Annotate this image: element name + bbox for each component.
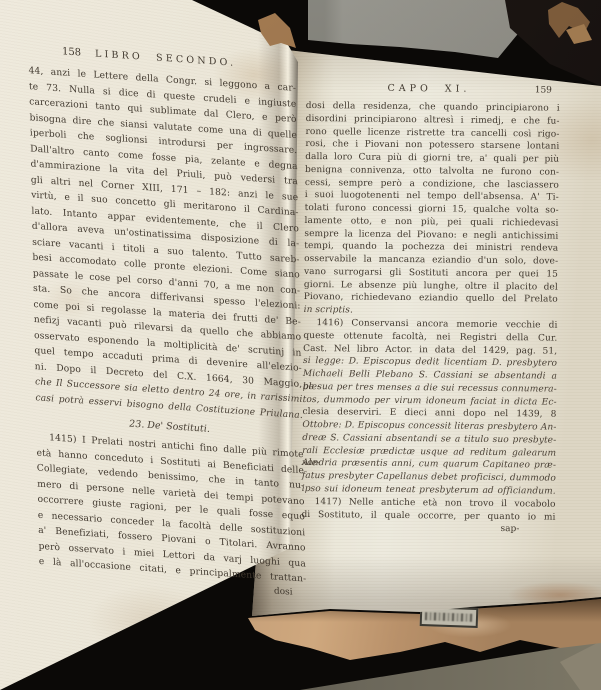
right-running-header: CAPO XI. 159 [306, 82, 560, 100]
left-paragraph-1: 44, anzi le Lettere della Congr. si legg… [28, 63, 303, 423]
spacer [306, 90, 388, 91]
left-page-number: 158 [62, 46, 81, 58]
left-page-text: 158 LIBRO SECONDO. 44, anzi le Lettere d… [28, 44, 307, 598]
text-line: di Sostituto, il quale occorre, per quan… [301, 508, 555, 523]
book-photo: 158 LIBRO SECONDO. 44, anzi le Lettere d… [0, 0, 601, 690]
right-page-text: CAPO XI. 159 dosi della residenza, che q… [301, 82, 560, 535]
right-body: dosi della residenza, che quando princip… [301, 100, 559, 524]
right-running-title: CAPO XI. [387, 83, 470, 95]
barcode-icon [425, 612, 473, 622]
left-paragraph-2: 1415) I Prelati nostri antichi fino dall… [36, 429, 306, 587]
right-page-number: 159 [470, 85, 560, 96]
